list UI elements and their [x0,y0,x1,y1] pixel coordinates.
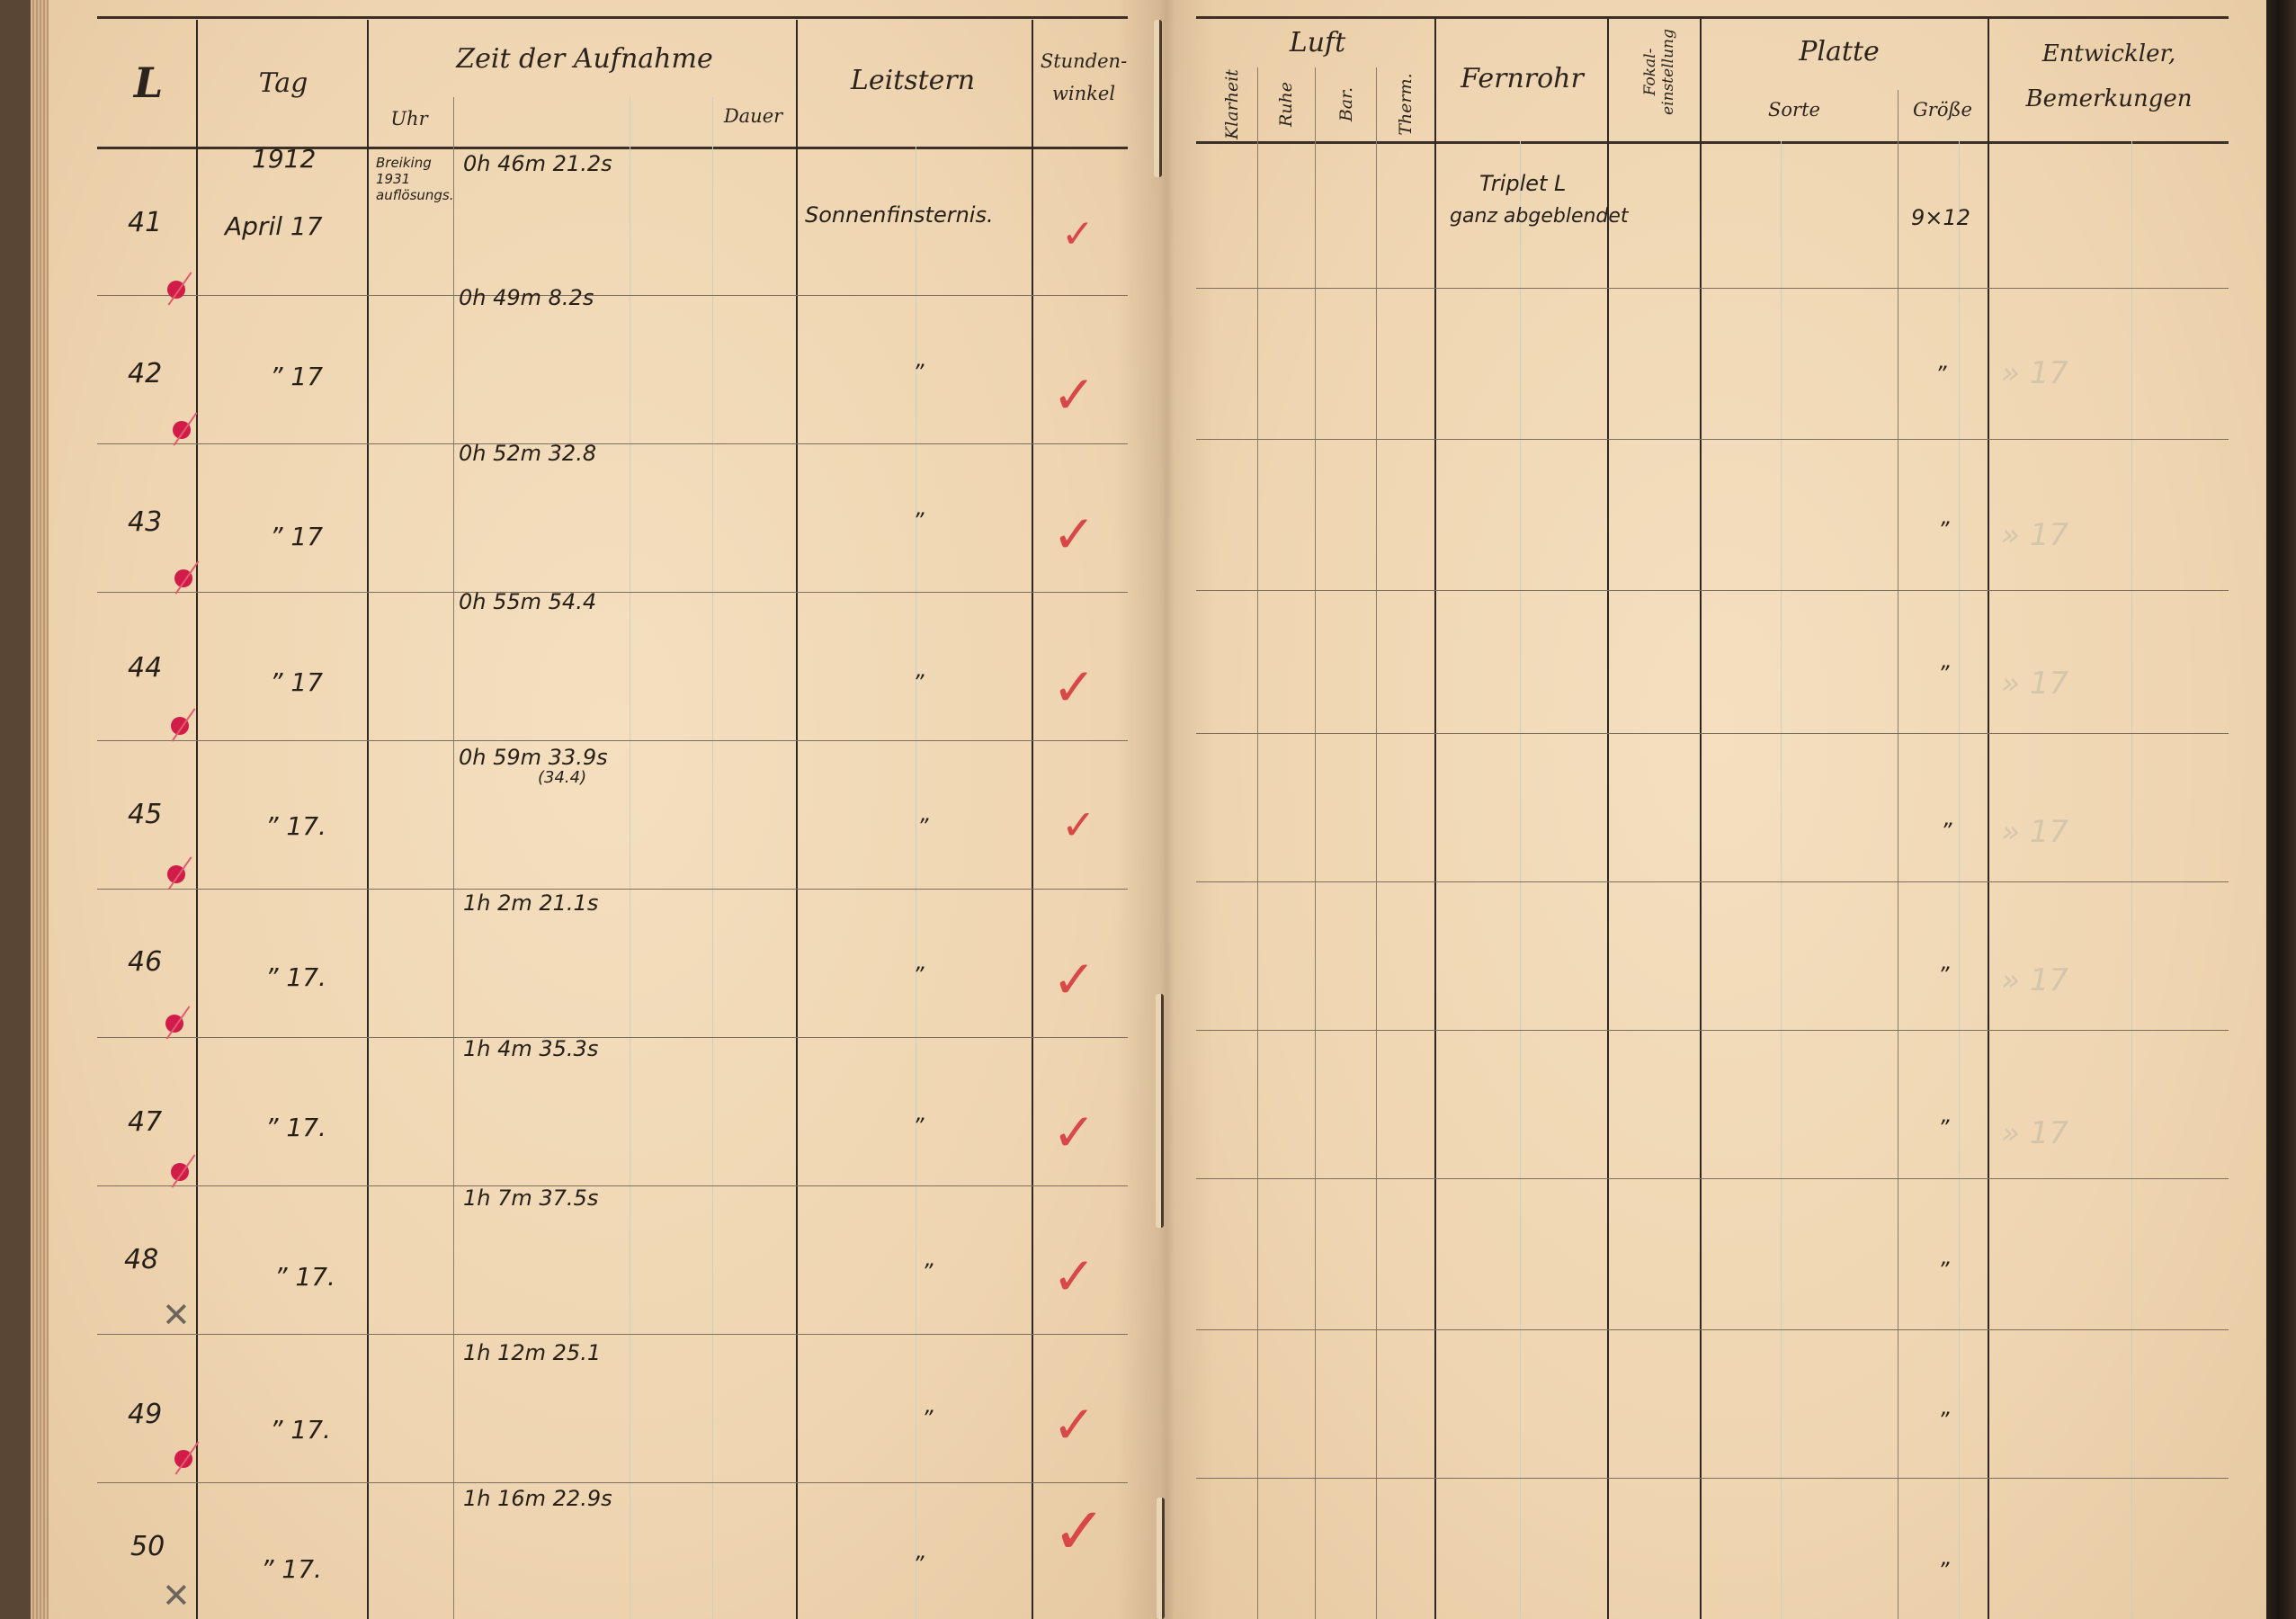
leitstern-ditto: ” [913,962,924,988]
leitstern-ditto: ” [913,360,924,385]
exposure-time: 1h 2m 21.1s [463,890,598,916]
check-icon: ✓ [1061,801,1096,849]
book-cover-left [0,0,31,1619]
exposure-time-alt: (34.4) [538,770,586,786]
header-l: L [126,58,171,107]
exposure-time: 1h 4m 35.3s [463,1036,598,1061]
header-fokal-2: einstellung [1659,22,1677,121]
x-mark-icon: ✕ [162,1295,191,1335]
exposure-time: 0h 52m 32.8 [459,441,596,466]
header-fernrohr: Fernrohr [1439,63,1605,94]
check-icon: ✓ [1061,211,1094,257]
leitstern-ditto: ” [913,1552,924,1577]
plate-size-ditto: ” [1938,1558,1949,1583]
day: ” 17 [270,362,323,391]
day: ” 17 [270,522,323,551]
bleed-through-mark: » 17 [2001,517,2068,553]
check-icon: ✓ [1052,1246,1096,1307]
leitstern-value: Sonnenfinsternis. [805,202,994,228]
row-number: 45 [128,799,162,830]
exposure-time: 0h 55m 54.4 [459,589,596,614]
row-number: 46 [128,946,162,978]
header-tag: Tag [216,67,351,99]
bleed-through-mark: » 17 [2001,666,2068,702]
right-page [1167,0,2266,1619]
exposure-time: 1h 16m 22.9s [463,1486,612,1511]
plate-size-ditto: ” [1938,962,1949,988]
check-icon: ✓ [1052,1102,1096,1163]
row-number: 43 [128,506,162,538]
bleed-through-mark: » 17 [2001,1115,2068,1151]
header-klarheit: Klarheit [1222,55,1242,154]
check-icon: ✓ [1052,1493,1106,1569]
leitstern-ditto: ” [913,1114,924,1139]
binding-stitch [1157,1498,1165,1619]
exposure-time: 0h 49m 8.2s [459,285,594,310]
plate-size-ditto: ” [1935,362,1946,387]
header-luft: Luft [1259,27,1376,58]
header-leitstern: Leitstern [809,65,1016,96]
book-cover-right [2266,0,2296,1619]
leitstern-ditto: ” [913,508,924,533]
header-dauer: Dauer [715,105,791,127]
row-number: 48 [124,1244,158,1275]
header-ruhe: Ruhe [1276,68,1296,140]
uhr-note: Breiking 1931 auflösungs. [376,155,457,203]
day: ” 17. [265,1113,326,1142]
red-marker-icon [174,1450,192,1468]
row-number: 50 [130,1531,165,1562]
bleed-through-mark: » 17 [2001,962,2068,998]
header-therm: Therm. [1396,68,1416,140]
day: ” 17 [270,667,323,697]
left-page [49,0,1167,1619]
day: ” 17. [270,1415,331,1445]
check-icon: ✓ [1052,949,1096,1010]
day: ” 17. [265,811,326,841]
exposure-time: 0h 46m 21.2s [463,151,612,176]
row-number: 42 [128,358,162,389]
check-icon: ✓ [1052,504,1096,565]
day: ” 17. [274,1262,335,1292]
leitstern-ditto: ” [922,1406,933,1431]
plate-size-ditto: ” [1938,1408,1949,1433]
year: 1912 [252,144,316,174]
header-groesse: Größe [1902,99,1983,121]
row-number: 44 [128,652,162,684]
red-marker-icon [167,281,185,299]
red-marker-icon [165,1015,183,1033]
plate-size-ditto: ” [1938,661,1949,686]
red-marker-icon [171,717,189,735]
exposure-time: 1h 7m 37.5s [463,1185,598,1211]
header-platte: Platte [1763,36,1916,67]
bleed-through-mark: » 17 [2001,814,2068,850]
row-number: 41 [128,207,162,238]
red-marker-icon [174,569,192,587]
day: ” 17. [265,962,326,992]
header-uhr: Uhr [378,108,441,130]
header-sorte: Sorte [1754,99,1835,121]
header-zeit-der-aufnahme: Zeit der Aufnahme [405,43,764,75]
exposure-time: 0h 59m 33.9s [459,745,608,770]
header-fokal-1: Fokal- [1641,22,1659,121]
plate-size: 9×12 [1911,205,1970,230]
bleed-through-mark: » 17 [2001,355,2068,391]
header-entwickler: Entwickler, [1992,40,2226,67]
check-icon: ✓ [1052,1394,1096,1455]
red-marker-icon [167,865,185,883]
fernrohr-note: ganz abgeblendet [1450,205,1629,228]
plate-size-ditto: ” [1938,1257,1949,1283]
plate-size-ditto: ” [1941,818,1952,844]
header-stundenwinkel-2: winkel [1034,83,1133,104]
plate-size-ditto: ” [1938,1115,1949,1140]
day: April 17 [225,211,323,241]
page-edges [31,0,49,1619]
leitstern-ditto: ” [922,1259,933,1284]
plate-size-ditto: ” [1938,517,1949,542]
check-icon: ✓ [1052,364,1096,425]
leitstern-ditto: ” [917,814,928,839]
x-mark-icon: ✕ [162,1576,191,1615]
leitstern-ditto: ” [913,670,924,695]
binding-stitch [1154,20,1162,177]
day: ” 17. [261,1554,322,1584]
check-icon: ✓ [1052,657,1096,718]
red-marker-icon [173,421,191,439]
row-number: 49 [128,1399,162,1430]
fernrohr-value: Triplet L [1479,171,1566,196]
exposure-time: 1h 12m 25.1 [463,1340,601,1365]
binding-stitch [1156,994,1164,1228]
header-bemerkungen: Bemerkungen [1992,85,2226,112]
red-marker-icon [171,1163,189,1181]
row-number: 47 [128,1106,162,1138]
header-bar: Bar. [1336,68,1356,140]
header-stundenwinkel-1: Stunden- [1034,50,1133,72]
